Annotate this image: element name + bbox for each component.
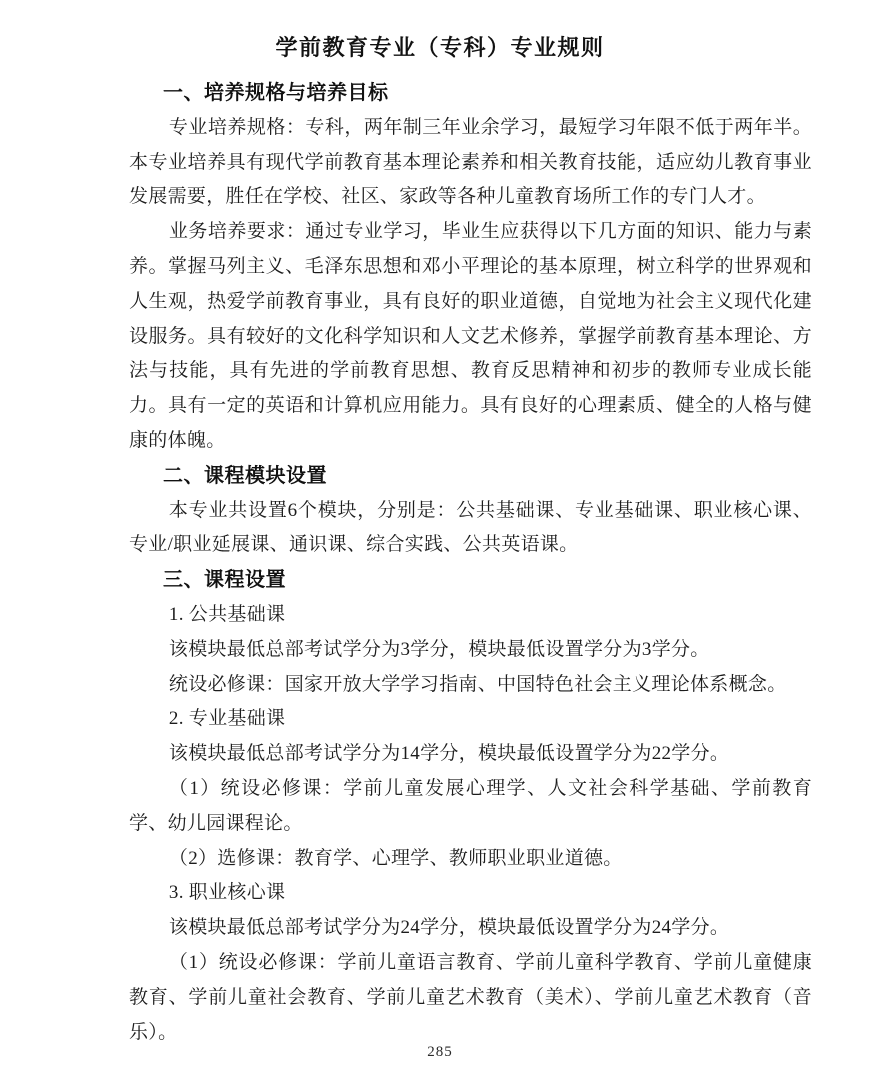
document-body: 一、培养规格与培养目标 专业培养规格：专科，两年制三年业余学习，最短学习年限不低… [129,76,812,1050]
item-module-3-credits: 该模块最低总部考试学分为24学分，模块最低设置学分为24学分。 [129,911,812,946]
section-heading-2: 二、课程模块设置 [129,459,812,494]
item-module-1-credits: 该模块最低总部考试学分为3学分，模块最低设置学分为3学分。 [129,633,812,668]
item-module-1-courses: 统设必修课：国家开放大学学习指南、中国特色社会主义理论体系概念。 [129,668,812,703]
item-module-3-required-courses: （1）统设必修课：学前儿童语言教育、学前儿童科学教育、学前儿童健康教育、学前儿童… [129,946,812,1050]
item-module-2-required-courses: （1）统设必修课：学前儿童发展心理学、人文社会科学基础、学前教育学、幼儿园课程论… [129,772,812,842]
page-title: 学前教育专业（专科）专业规则 [0,31,880,62]
item-module-2-elective-courses: （2）选修课：教育学、心理学、教师职业职业道德。 [129,842,812,877]
item-module-1-title: 1. 公共基础课 [129,598,812,633]
item-module-3-title: 3. 职业核心课 [129,876,812,911]
section-heading-1: 一、培养规格与培养目标 [129,76,812,111]
paragraph-training-requirements: 业务培养要求：通过专业学习，毕业生应获得以下几方面的知识、能力与素养。掌握马列主… [129,215,812,459]
item-module-2-title: 2. 专业基础课 [129,702,812,737]
section-heading-3: 三、课程设置 [129,563,812,598]
document-page: 学前教育专业（专科）专业规则 一、培养规格与培养目标 专业培养规格：专科，两年制… [0,0,880,1084]
paragraph-training-spec: 专业培养规格：专科，两年制三年业余学习，最短学习年限不低于两年半。本专业培养具有… [129,111,812,215]
item-module-2-credits: 该模块最低总部考试学分为14学分，模块最低设置学分为22学分。 [129,737,812,772]
paragraph-module-overview: 本专业共设置6个模块，分别是：公共基础课、专业基础课、职业核心课、专业/职业延展… [129,494,812,564]
page-number: 285 [0,1044,880,1061]
